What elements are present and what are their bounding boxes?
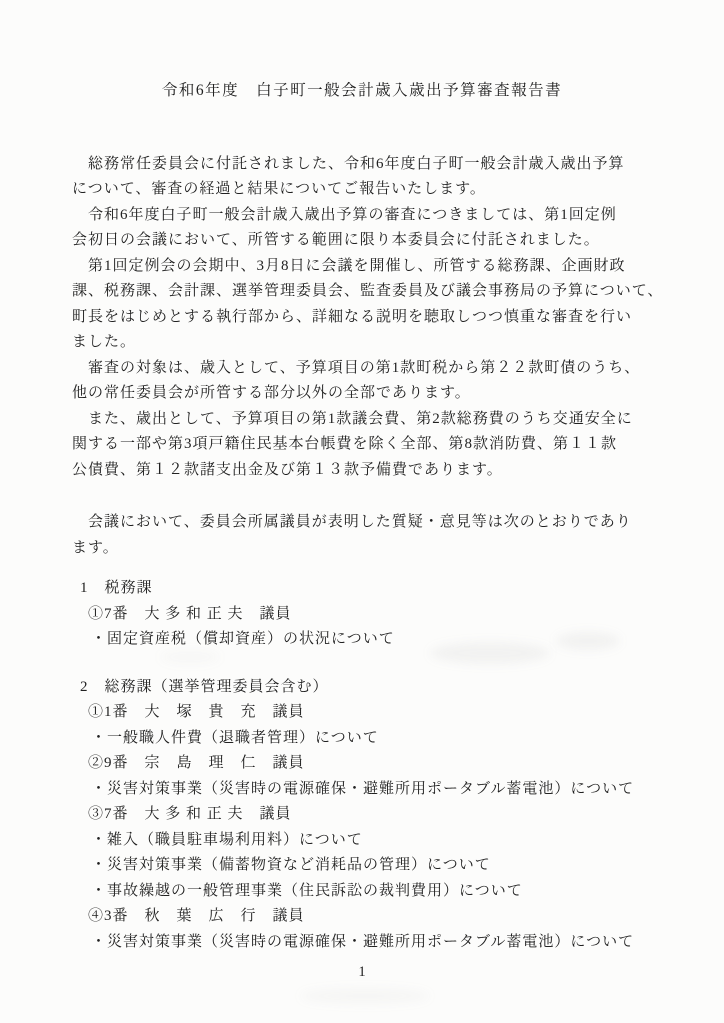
question-topic-line: ・災害対策事業（災害時の電源確保・避難所用ポータブル蓄電池）について xyxy=(72,930,652,956)
question-topic-line: ・事故繰越の一般管理事業（住民訴訟の裁判費用）について xyxy=(72,879,652,905)
paragraph-line: について、審査の経過と結果についてご報告いたします。 xyxy=(72,177,652,203)
spacer xyxy=(72,561,652,576)
question-topic-line: ・災害対策事業（備蓄物資など消耗品の管理）について xyxy=(72,853,652,879)
paragraph-line: 町長をはじめとする執行部から、詳細なる説明を聴取しつつ慎重な審査を行い xyxy=(72,305,652,331)
paragraph-line: 総務常任委員会に付託されました、令和6年度白子町一般会計歳入歳出予算 xyxy=(72,152,652,178)
councilor-line: ①7番 大 多 和 正 夫 議員 xyxy=(72,602,652,628)
paragraph-line: 関する一部や第3項戸籍住民基本台帳費を除く全部、第8款消防費、第１１款 xyxy=(72,432,652,458)
section-heading: 1 税務課 xyxy=(72,576,652,602)
report-body: 令和6年度 白子町一般会計歳入歳出予算審査報告書 総務常任委員会に付託されました… xyxy=(0,0,724,1023)
paragraph-line: 公債費、第１２款諸支出金及び第１３款予備費であります。 xyxy=(72,458,652,484)
report-title: 令和6年度 白子町一般会計歳入歳出予算審査報告書 xyxy=(72,78,652,104)
paragraph-line: 会議において、委員会所属議員が表明した質疑・意見等は次のとおりであり xyxy=(72,510,652,536)
councilor-line: ④3番 秋 葉 広 行 議員 xyxy=(72,904,652,930)
question-topic-line: ・雑入（職員駐車場利用料）について xyxy=(72,828,652,854)
paragraph-line: ます。 xyxy=(72,536,652,562)
paragraph-line: 第1回定例会の会期中、3月8日に会議を開催し、所管する総務課、企画財政 xyxy=(72,254,652,280)
question-topic-line: ・一般職人件費（退職者管理）について xyxy=(72,726,652,752)
question-topic-line: ・災害対策事業（災害時の電源確保・避難所用ポータブル蓄電池）について xyxy=(72,777,652,803)
paragraph-line: 令和6年度白子町一般会計歳入歳出予算の審査につきましては、第1回定例 xyxy=(72,203,652,229)
page-number: 1 xyxy=(72,960,652,986)
councilor-line: ②9番 宗 島 理 仁 議員 xyxy=(72,751,652,777)
councilor-line: ①1番 大 塚 貴 充 議員 xyxy=(72,700,652,726)
paragraph-line: 他の常任委員会が所管する部分以外の全部であります。 xyxy=(72,381,652,407)
spacer xyxy=(72,653,652,675)
report-content: 総務常任委員会に付託されました、令和6年度白子町一般会計歳入歳出予算について、審… xyxy=(72,152,652,956)
question-topic-line: ・固定資産税（償却資産）の状況について xyxy=(72,627,652,653)
paragraph-line: ました。 xyxy=(72,330,652,356)
scanned-report-page: 令和6年度 白子町一般会計歳入歳出予算審査報告書 総務常任委員会に付託されました… xyxy=(0,0,724,1023)
paragraph-line: 課、税務課、会計課、選挙管理委員会、監査委員及び議会事務局の予算について、 xyxy=(72,279,652,305)
paragraph-line: また、歳出として、予算項目の第1款議会費、第2款総務費のうち交通安全に xyxy=(72,407,652,433)
paragraph-line: 審査の対象は、歳入として、予算項目の第1款町税から第２２款町債のうち、 xyxy=(72,356,652,382)
section-heading: 2 総務課（選挙管理委員会含む） xyxy=(72,675,652,701)
councilor-line: ③7番 大 多 和 正 夫 議員 xyxy=(72,802,652,828)
spacer xyxy=(72,483,652,510)
paragraph-line: 会初日の会議において、所管する範囲に限り本委員会に付託されました。 xyxy=(72,228,652,254)
